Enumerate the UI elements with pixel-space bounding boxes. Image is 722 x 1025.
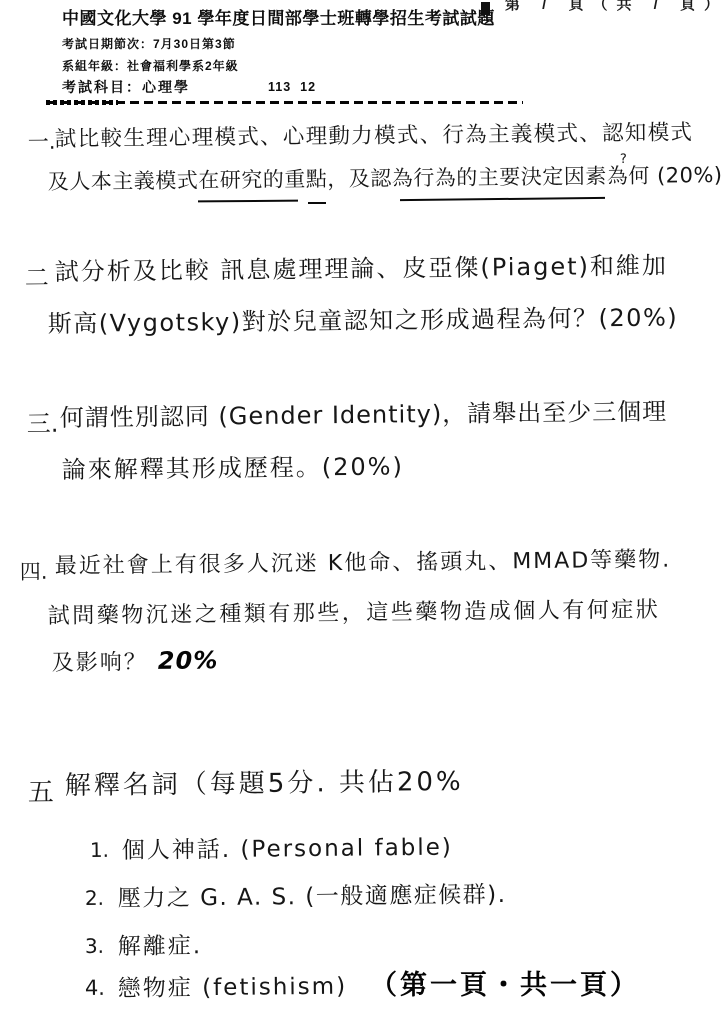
scan-artifact: [481, 2, 490, 15]
subitem-3-number: 3.: [85, 934, 104, 958]
exam-subject-line: 考試科目：心理學: [62, 77, 190, 97]
question-4-line-3-text: 及影响？: [52, 650, 148, 676]
exam-paper-page: 中國文化大學 91 學年度日間部學士班轉學招生考試試題 第 / 頁（共 / 頁）…: [0, 0, 722, 1025]
exam-title: 中國文化大學 91 學年度日間部學士班轉學招生考試試題: [62, 4, 495, 29]
underline-short-dash: [308, 202, 326, 204]
question-1-line-1: 試比較生理心理模式、心理動力模式、行為主義模式、認知模式: [55, 115, 694, 153]
question-5-number: 五: [28, 772, 54, 809]
question-4-line-3: 及影响？20%: [52, 644, 219, 677]
subitem-4-text: 戀物症 (fetishism): [118, 968, 348, 1003]
header-divider-start: [46, 100, 118, 105]
question-4-score: 20%: [158, 646, 219, 675]
page-marker-handwritten: 第 / 頁（共 / 頁）: [505, 0, 722, 14]
question-2-line-2: 斯高(Vygotsky)對於兒童認知之形成過程為何？(20%): [48, 297, 679, 339]
subitem-1-text: 個人神話. (Personal fable): [122, 829, 453, 865]
question-1-number: 一.: [28, 126, 56, 156]
underline-determinants: [400, 197, 605, 201]
question-3-line-1: 何謂性別認同 (Gender Identity)，請舉出至少三個理: [60, 392, 668, 433]
exam-class-line: 系組年級：社會福利學系2年級: [62, 57, 239, 74]
subitem-3-text: 解離症.: [118, 927, 203, 961]
question-5-line-1: 解釋名詞（每題5分. 共佔20%: [65, 761, 464, 802]
question-3-number: 三.: [27, 404, 59, 439]
question-2-number: 二: [25, 258, 49, 293]
footer-page-note: （第一頁・共一頁）: [370, 963, 640, 1002]
subitem-4-number: 4.: [85, 976, 105, 1000]
question-4-number: 四.: [20, 556, 48, 586]
question-4-line-2: 試問藥物沉迷之種類有那些，這些藥物造成個人有何症狀: [48, 593, 661, 630]
underline-research-focus: [198, 200, 298, 203]
question-1-superscript-mark: ?: [620, 152, 627, 167]
subitem-1-number: 1.: [90, 838, 109, 862]
exam-date-line: 考試日期節次：7月30日第3節: [62, 35, 236, 52]
question-4-line-1: 最近社會上有很多人沉迷 K他命、搖頭丸、MMAD等藥物.: [55, 543, 672, 580]
subitem-2-text: 壓力之 G. A. S. (一般適應症候群).: [118, 876, 507, 913]
subitem-2-number: 2.: [85, 886, 104, 910]
question-2-line-1: 試分析及比較 訊息處理理論、皮亞傑(Piaget)和維加: [55, 246, 668, 287]
question-3-line-2: 論來解釋其形成歷程。(20%): [62, 446, 404, 485]
subject-code: 113 12: [268, 80, 316, 94]
